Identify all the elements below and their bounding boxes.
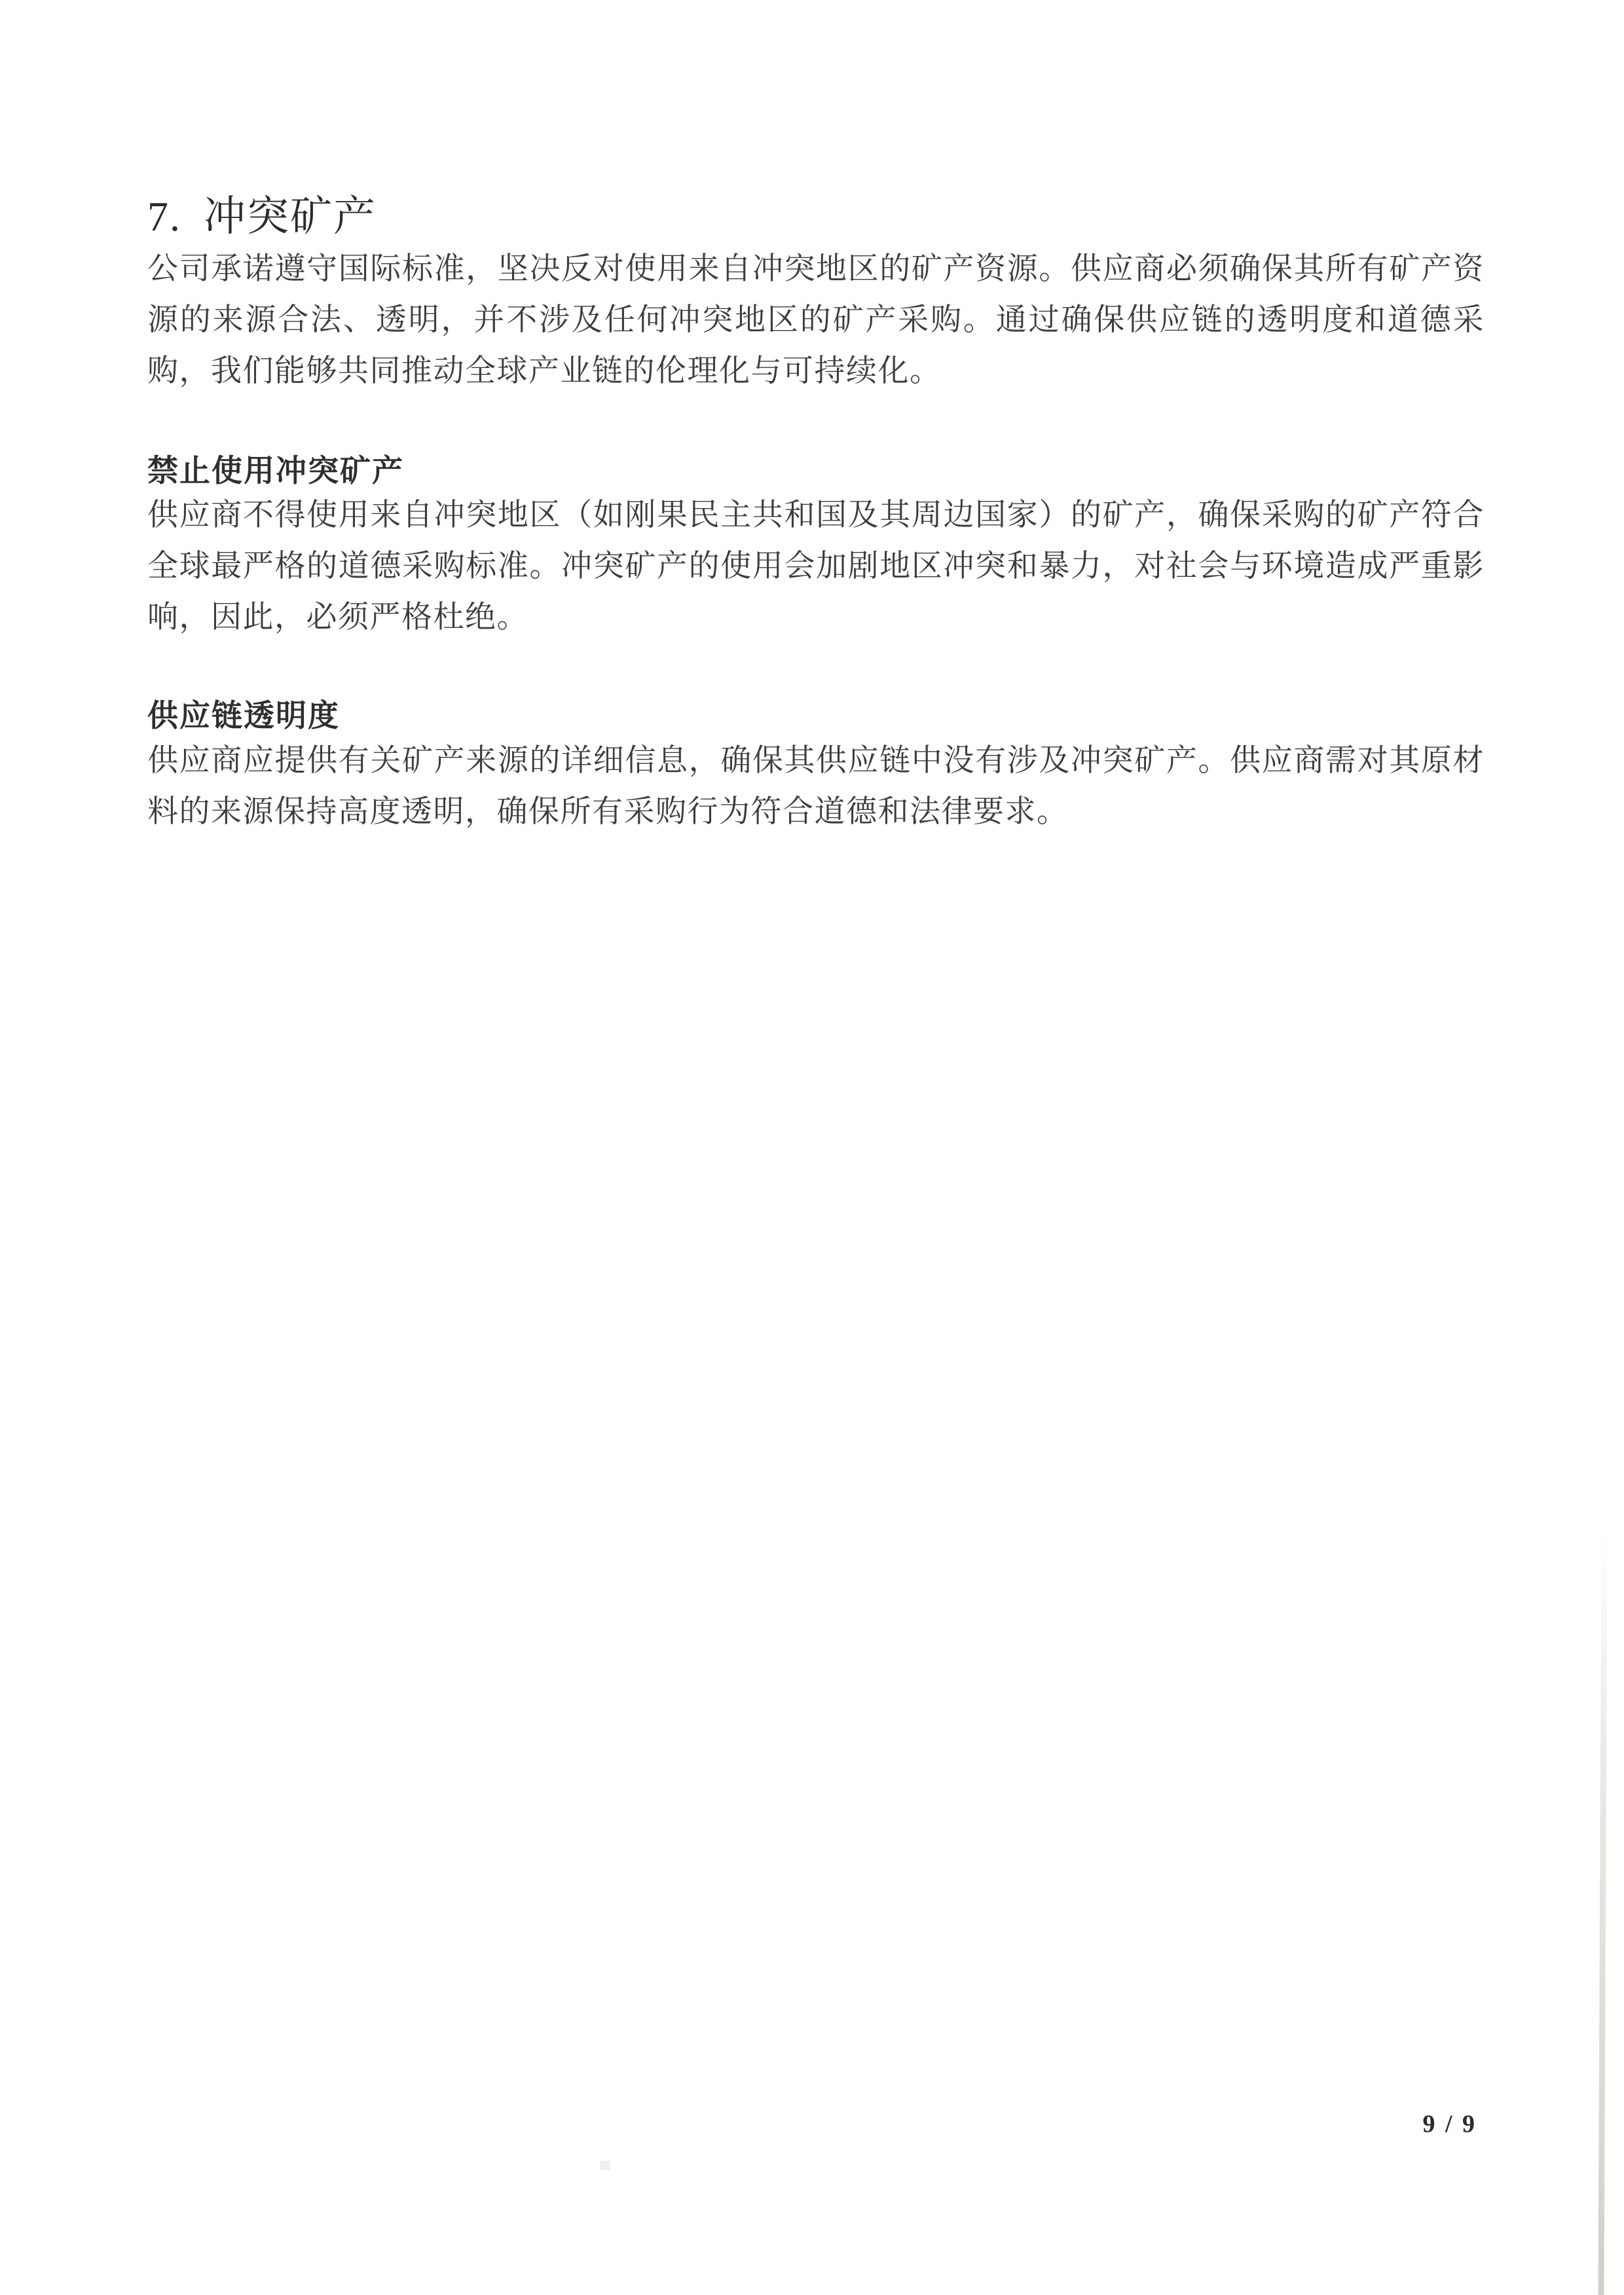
subsection-title-supply-chain-transparency: 供应链透明度 — [147, 691, 340, 735]
subsection-title-no-conflict-minerals: 禁止使用冲突矿产 — [147, 447, 404, 490]
page-number: 9 / 9 — [1422, 2110, 1477, 2139]
section-heading-number: 7. — [147, 193, 181, 240]
section-heading: 7.冲突矿产 — [147, 183, 377, 243]
section-heading-text: 冲突矿产 — [204, 193, 377, 240]
subsection-body-no-conflict-minerals: 供应商不得使用来自冲突地区（如刚果民主共和国及其周边国家）的矿产，确保采购的矿产… — [147, 490, 1485, 643]
document-page: 7.冲突矿产 公司承诺遵守国际标准，坚决反对使用来自冲突地区的矿产资源。供应商必… — [0, 0, 1624, 2295]
scan-artifact-speck — [600, 2161, 610, 2170]
scan-artifact-line — [1598, 1532, 1607, 2295]
intro-paragraph: 公司承诺遵守国际标准，坚决反对使用来自冲突地区的矿产资源。供应商必须确保其所有矿… — [147, 244, 1485, 397]
subsection-body-supply-chain-transparency: 供应商应提供有关矿产来源的详细信息，确保其供应链中没有涉及冲突矿产。供应商需对其… — [147, 735, 1485, 837]
